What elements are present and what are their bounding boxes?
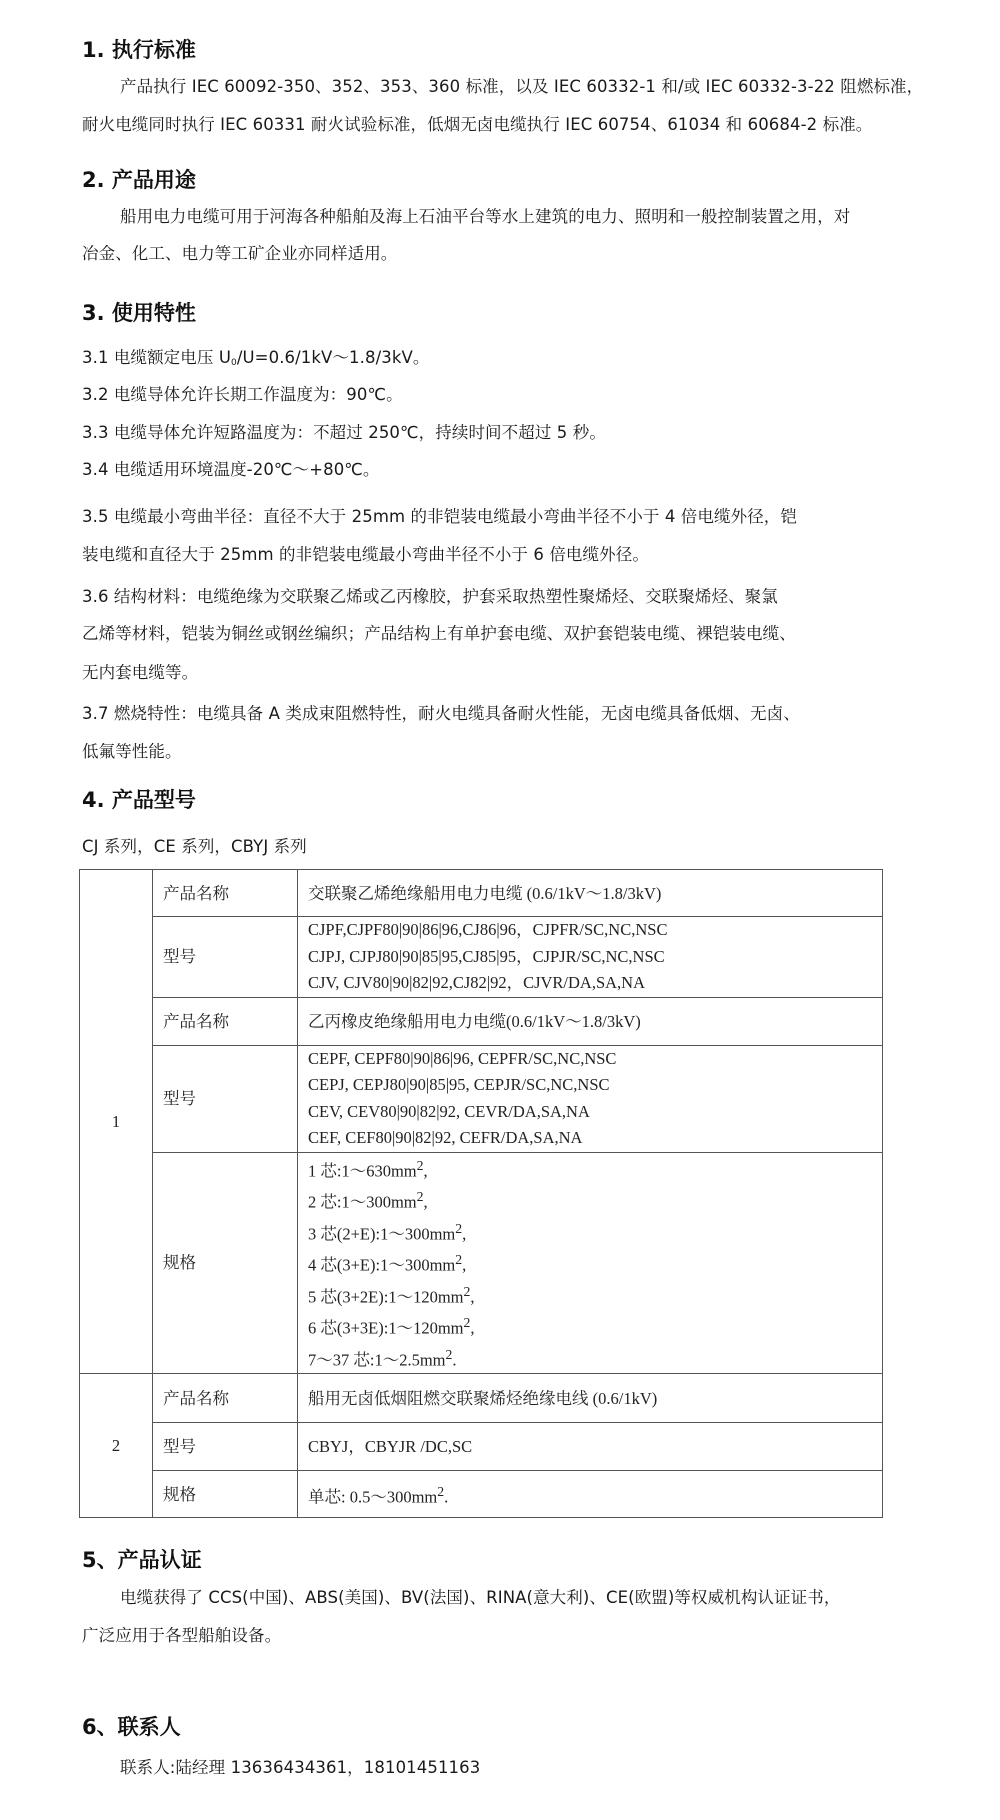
- table-row: 1 产品名称 交联聚乙烯绝缘船用电力电缆 (0.6/1kV～1.8/3kV): [80, 870, 883, 917]
- spec-line: 6 芯(3+3E):1～120mm2,: [308, 1310, 872, 1342]
- heading-characteristics: 3. 使用特性: [82, 300, 196, 326]
- label-model: 型号: [153, 917, 298, 998]
- product-model-table: 1 产品名称 交联聚乙烯绝缘船用电力电缆 (0.6/1kV～1.8/3kV) 型…: [79, 869, 883, 1518]
- item-3-6-materials-line-2: 乙烯等材料，铠装为铜丝或钢丝编织；产品结构上有单护套电缆、双护套铠装电缆、裸铠装…: [82, 623, 796, 645]
- table-row: 型号 CBYJ，CBYJR /DC,SC: [80, 1423, 883, 1471]
- label-product-name: 产品名称: [153, 997, 298, 1045]
- value-specifications: 单芯: 0.5～300mm2.: [298, 1471, 883, 1518]
- value-product-name: 船用无卤低烟阻燃交联聚烯烃绝缘电线 (0.6/1kV): [298, 1374, 883, 1423]
- model-line: CJPF,CJPF80|90|86|96,CJ86|96，CJPFR/SC,NC…: [308, 917, 872, 944]
- label-specification: 规格: [153, 1152, 298, 1374]
- label-model: 型号: [153, 1045, 298, 1152]
- table-row: 型号 CJPF,CJPF80|90|86|96,CJ86|96，CJPFR/SC…: [80, 917, 883, 998]
- table-row: 2 产品名称 船用无卤低烟阻燃交联聚烯烃绝缘电线 (0.6/1kV): [80, 1374, 883, 1423]
- heading-standards: 1. 执行标准: [82, 37, 196, 63]
- spec-line: 3 芯(2+E):1～300mm2,: [308, 1216, 872, 1248]
- usage-paragraph-line-2: 冶金、化工、电力等工矿企业亦同样适用。: [82, 243, 397, 265]
- label-product-name: 产品名称: [153, 1374, 298, 1423]
- item-3-5-bending-radius-line-2: 装电缆和直径大于 25mm 的非铠装电缆最小弯曲半径不小于 6 倍电缆外径。: [82, 544, 649, 566]
- contact-info: 联系人:陆经理 13636434361，18101451163: [120, 1757, 480, 1779]
- table-row: 产品名称 乙丙橡皮绝缘船用电力电缆(0.6/1kV～1.8/3kV): [80, 997, 883, 1045]
- spec-line: 7～37 芯:1～2.5mm2.: [308, 1342, 872, 1374]
- group-index-2: 2: [80, 1374, 153, 1518]
- model-line: CEV, CEV80|90|82|92, CEVR/DA,SA,NA: [308, 1099, 872, 1126]
- value-specifications: 1 芯:1～630mm2, 2 芯:1～300mm2, 3 芯(2+E):1～3…: [298, 1152, 883, 1374]
- item-3-4-ambient-temp: 3.4 电缆适用环境温度-20℃～+80℃。: [82, 459, 380, 481]
- item-3-1-prefix: 3.1 电缆额定电压 U: [82, 348, 231, 367]
- heading-contact: 6、联系人: [82, 1714, 181, 1740]
- item-3-5-bending-radius-line-1: 3.5 电缆最小弯曲半径：直径不大于 25mm 的非铠装电缆最小弯曲半径不小于 …: [82, 506, 797, 528]
- spec-line: 5 芯(3+2E):1～120mm2,: [308, 1279, 872, 1311]
- item-3-3-short-circuit-temp: 3.3 电缆导体允许短路温度为：不超过 250℃，持续时间不超过 5 秒。: [82, 422, 606, 444]
- group-index-1: 1: [80, 870, 153, 1374]
- label-model: 型号: [153, 1423, 298, 1471]
- heading-usage: 2. 产品用途: [82, 167, 196, 193]
- heading-certification: 5、产品认证: [82, 1547, 202, 1573]
- model-line: CEPJ, CEPJ80|90|85|95, CEPJR/SC,NC,NSC: [308, 1072, 872, 1099]
- value-models: CJPF,CJPF80|90|86|96,CJ86|96，CJPFR/SC,NC…: [298, 917, 883, 998]
- label-product-name: 产品名称: [153, 870, 298, 917]
- spec-line: 4 芯(3+E):1～300mm2,: [308, 1247, 872, 1279]
- item-3-6-materials-line-1: 3.6 结构材料：电缆绝缘为交联聚乙烯或乙丙橡胶，护套采取热塑性聚烯烃、交联聚烯…: [82, 586, 778, 608]
- table-row: 型号 CEPF, CEPF80|90|86|96, CEPFR/SC,NC,NS…: [80, 1045, 883, 1152]
- standards-paragraph-line-2: 耐火电缆同时执行 IEC 60331 耐火试验标准，低烟无卤电缆执行 IEC 6…: [82, 114, 872, 136]
- table-row: 规格 单芯: 0.5～300mm2.: [80, 1471, 883, 1518]
- standards-paragraph-line-1: 产品执行 IEC 60092-350、352、353、360 标准，以及 IEC…: [120, 76, 923, 98]
- table-row: 规格 1 芯:1～630mm2, 2 芯:1～300mm2, 3 芯(2+E):…: [80, 1152, 883, 1374]
- model-line: CEF, CEF80|90|82|92, CEFR/DA,SA,NA: [308, 1125, 872, 1152]
- value-models: CEPF, CEPF80|90|86|96, CEPFR/SC,NC,NSC C…: [298, 1045, 883, 1152]
- item-3-1-rated-voltage: 3.1 电缆额定电压 U0/U=0.6/1kV～1.8/3kV。: [82, 347, 430, 374]
- heading-product-models: 4. 产品型号: [82, 787, 196, 813]
- spec-line: 2 芯:1～300mm2,: [308, 1184, 872, 1216]
- certification-paragraph-line-2: 广泛应用于各型船舶设备。: [82, 1625, 281, 1647]
- item-3-2-operating-temp: 3.2 电缆导体允许长期工作温度为：90℃。: [82, 384, 403, 406]
- value-models: CBYJ，CBYJR /DC,SC: [298, 1423, 883, 1471]
- item-3-7-combustion-line-2: 低氟等性能。: [82, 741, 182, 763]
- value-product-name: 交联聚乙烯绝缘船用电力电缆 (0.6/1kV～1.8/3kV): [298, 870, 883, 917]
- usage-paragraph-line-1: 船用电力电缆可用于河海各种船舶及海上石油平台等水上建筑的电力、照明和一般控制装置…: [120, 206, 850, 228]
- certification-paragraph-line-1: 电缆获得了 CCS(中国)、ABS(美国)、BV(法国)、RINA(意大利)、C…: [120, 1587, 840, 1609]
- item-3-7-combustion-line-1: 3.7 燃烧特性：电缆具备 A 类成束阻燃特性，耐火电缆具备耐火性能，无卤电缆具…: [82, 703, 800, 725]
- item-3-1-suffix: /U=0.6/1kV～1.8/3kV。: [237, 348, 430, 367]
- value-product-name: 乙丙橡皮绝缘船用电力电缆(0.6/1kV～1.8/3kV): [298, 997, 883, 1045]
- model-line: CEPF, CEPF80|90|86|96, CEPFR/SC,NC,NSC: [308, 1046, 872, 1073]
- item-3-6-materials-line-3: 无内套电缆等。: [82, 662, 198, 684]
- series-label: CJ 系列，CE 系列，CBYJ 系列: [82, 836, 307, 858]
- model-line: CJV, CJV80|90|82|92,CJ82|92，CJVR/DA,SA,N…: [308, 970, 872, 997]
- model-line: CJPJ, CJPJ80|90|85|95,CJ85|95，CJPJR/SC,N…: [308, 944, 872, 971]
- spec-line: 1 芯:1～630mm2,: [308, 1153, 872, 1185]
- label-specification: 规格: [153, 1471, 298, 1518]
